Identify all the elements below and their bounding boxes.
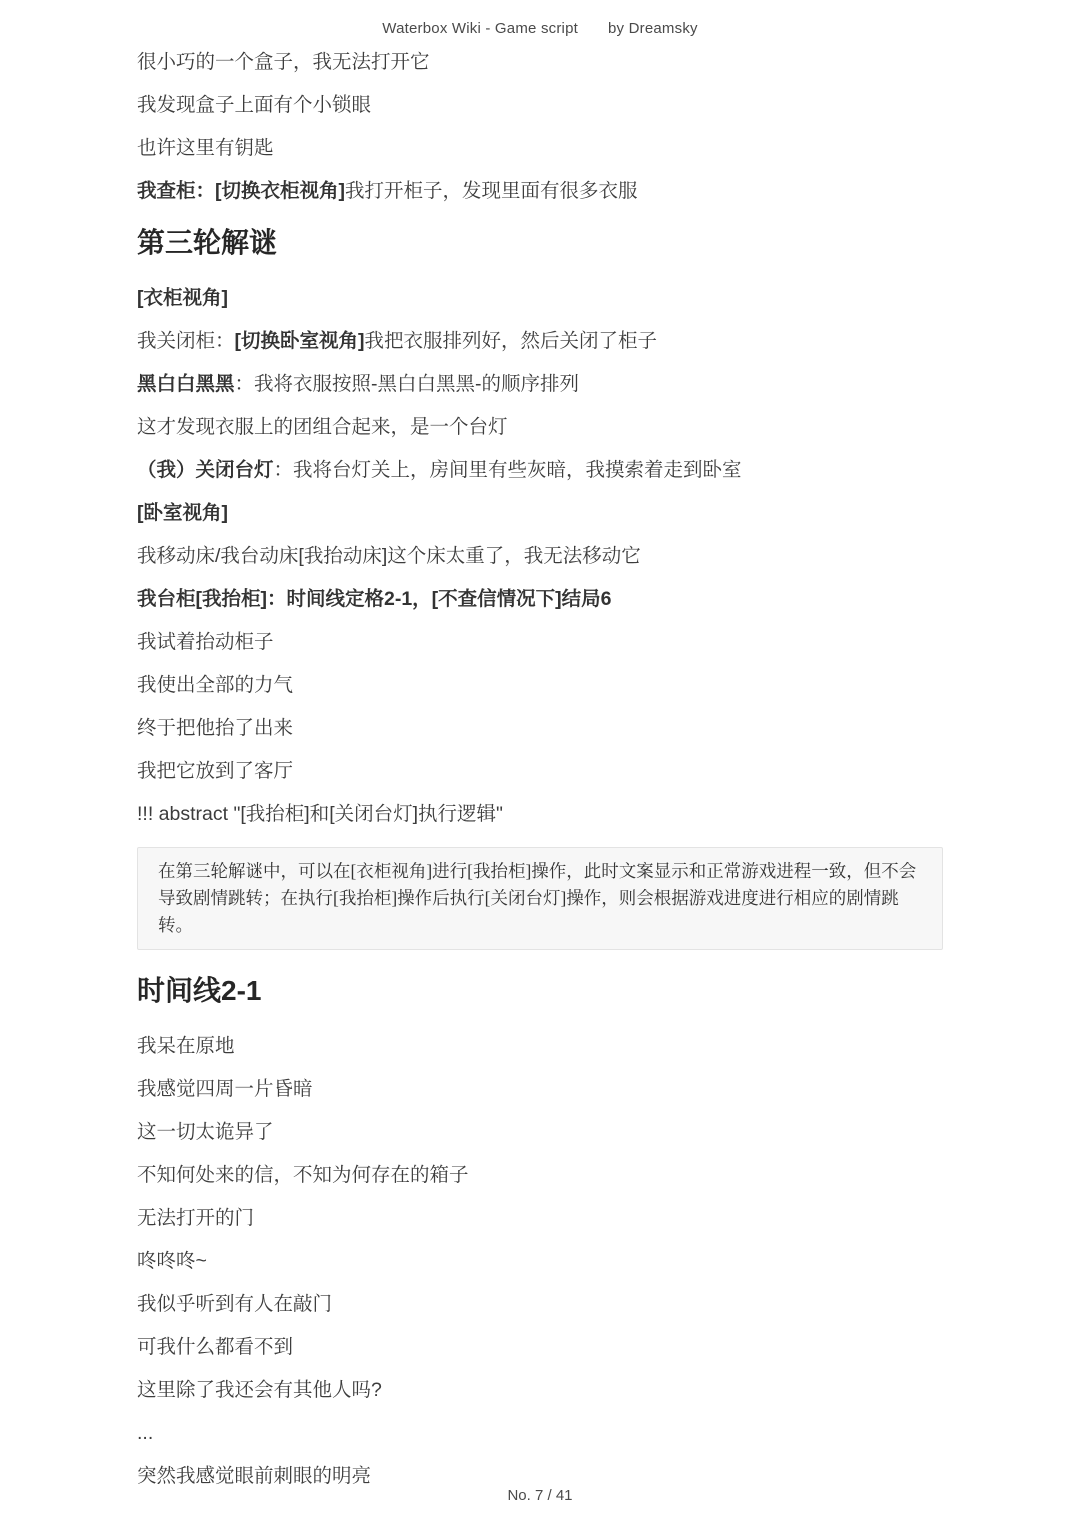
text-run: 我似乎听到有人在敲门 [137, 1293, 332, 1315]
script-paragraph: 我把它放到了客厅 [137, 761, 943, 782]
script-paragraph: 这一切太诡异了 [137, 1122, 943, 1143]
script-paragraph: 我发现盒子上面有个小锁眼 [137, 95, 943, 116]
wiki-title: Waterbox Wiki - Game script [382, 20, 578, 37]
bold-run: 黑白白黑黑 [137, 373, 235, 395]
script-paragraph: 我台柜[我抬柜]：时间线定格2-1，[不查信情况下]结局6 [137, 589, 943, 610]
page-header: Waterbox Wiki - Game scriptby Dreamsky [0, 20, 1080, 37]
script-paragraph: 这才发现衣服上的团组合起来，是一个台灯 [137, 417, 943, 438]
text-run: 无法打开的门 [137, 1207, 254, 1229]
script-paragraph: 我使出全部的力气 [137, 675, 943, 696]
text-run: !!! abstract "[我抬柜]和[关闭台灯]执行逻辑" [137, 803, 503, 825]
bold-run: [切换卧室视角] [235, 330, 365, 352]
page-number: No. 7 / 41 [507, 1487, 572, 1504]
script-paragraph: 我查柜：[切换衣柜视角]我打开柜子，发现里面有很多衣服 [137, 181, 943, 202]
text-run: 我发现盒子上面有个小锁眼 [137, 94, 371, 116]
text-run: 我使出全部的力气 [137, 674, 293, 696]
text-run: 突然我感觉眼前刺眼的明亮 [137, 1465, 371, 1487]
text-run: ：我将衣服按照-黑白白黑黑-的顺序排列 [235, 373, 580, 395]
admonition-box: 在第三轮解谜中，可以在[衣柜视角]进行[我抬柜]操作，此时文案显示和正常游戏进程… [137, 847, 943, 950]
bold-run: （我）关闭台灯 [137, 459, 274, 481]
page-footer: No. 7 / 41 [0, 1487, 1080, 1504]
script-paragraph: 黑白白黑黑：我将衣服按照-黑白白黑黑-的顺序排列 [137, 374, 943, 395]
text-run: 可我什么都看不到 [137, 1336, 293, 1358]
text-run: 我呆在原地 [137, 1035, 235, 1057]
text-run: 我感觉四周一片昏暗 [137, 1078, 313, 1100]
script-paragraph: 终于把他抬了出来 [137, 718, 943, 739]
document-body: 很小巧的一个盒子，我无法打开它我发现盒子上面有个小锁眼也许这里有钥匙我查柜：[切… [137, 52, 943, 1509]
text-run: 我把它放到了客厅 [137, 760, 293, 782]
text-run: 我把衣服排列好，然后关闭了柜子 [365, 330, 658, 352]
text-run: 我试着抬动柜子 [137, 631, 274, 653]
text-run: 这一切太诡异了 [137, 1121, 274, 1143]
script-paragraph: !!! abstract "[我抬柜]和[关闭台灯]执行逻辑" [137, 804, 943, 825]
bold-run: [卧室视角] [137, 502, 228, 524]
script-paragraph: 我感觉四周一片昏暗 [137, 1079, 943, 1100]
text-run: 我移动床/我台动床[我抬动床]这个床太重了，我无法移动它 [137, 545, 641, 567]
script-paragraph: [衣柜视角] [137, 288, 943, 309]
script-paragraph: 我似乎听到有人在敲门 [137, 1294, 943, 1315]
script-paragraph: 无法打开的门 [137, 1208, 943, 1229]
script-paragraph: 我移动床/我台动床[我抬动床]这个床太重了，我无法移动它 [137, 546, 943, 567]
bold-run: 我查柜：[切换衣柜视角] [137, 180, 345, 202]
text-run: ：我将台灯关上，房间里有些灰暗，我摸索着走到卧室 [274, 459, 742, 481]
text-run: 这里除了我还会有其他人吗? [137, 1379, 382, 1401]
bold-run: 我台柜[我抬柜]：时间线定格2-1，[不查信情况下]结局6 [137, 588, 612, 610]
text-run: 咚咚咚~ [137, 1250, 207, 1272]
section-heading: 时间线2-1 [137, 974, 943, 1008]
script-paragraph: 不知何处来的信，不知为何存在的箱子 [137, 1165, 943, 1186]
text-run: 终于把他抬了出来 [137, 717, 293, 739]
script-paragraph: 这里除了我还会有其他人吗? [137, 1380, 943, 1401]
script-paragraph: 我试着抬动柜子 [137, 632, 943, 653]
script-paragraph: [卧室视角] [137, 503, 943, 524]
text-run: 我打开柜子，发现里面有很多衣服 [345, 180, 638, 202]
section-heading: 第三轮解谜 [137, 226, 943, 260]
text-run: 这才发现衣服上的团组合起来，是一个台灯 [137, 416, 508, 438]
script-paragraph: 咚咚咚~ [137, 1251, 943, 1272]
script-paragraph: 我呆在原地 [137, 1036, 943, 1057]
bold-run: [衣柜视角] [137, 287, 228, 309]
script-paragraph: 我关闭柜：[切换卧室视角]我把衣服排列好，然后关闭了柜子 [137, 331, 943, 352]
text-run: 我关闭柜： [137, 330, 235, 352]
text-run: 不知何处来的信，不知为何存在的箱子 [137, 1164, 469, 1186]
script-paragraph: （我）关闭台灯：我将台灯关上，房间里有些灰暗，我摸索着走到卧室 [137, 460, 943, 481]
wiki-author: by Dreamsky [608, 20, 698, 37]
script-paragraph: 突然我感觉眼前刺眼的明亮 [137, 1466, 943, 1487]
script-paragraph: ... [137, 1423, 943, 1444]
script-paragraph: 也许这里有钥匙 [137, 138, 943, 159]
text-run: 也许这里有钥匙 [137, 137, 274, 159]
text-run: ... [137, 1422, 153, 1444]
script-paragraph: 可我什么都看不到 [137, 1337, 943, 1358]
script-paragraph: 很小巧的一个盒子，我无法打开它 [137, 52, 943, 73]
text-run: 很小巧的一个盒子，我无法打开它 [137, 51, 430, 73]
